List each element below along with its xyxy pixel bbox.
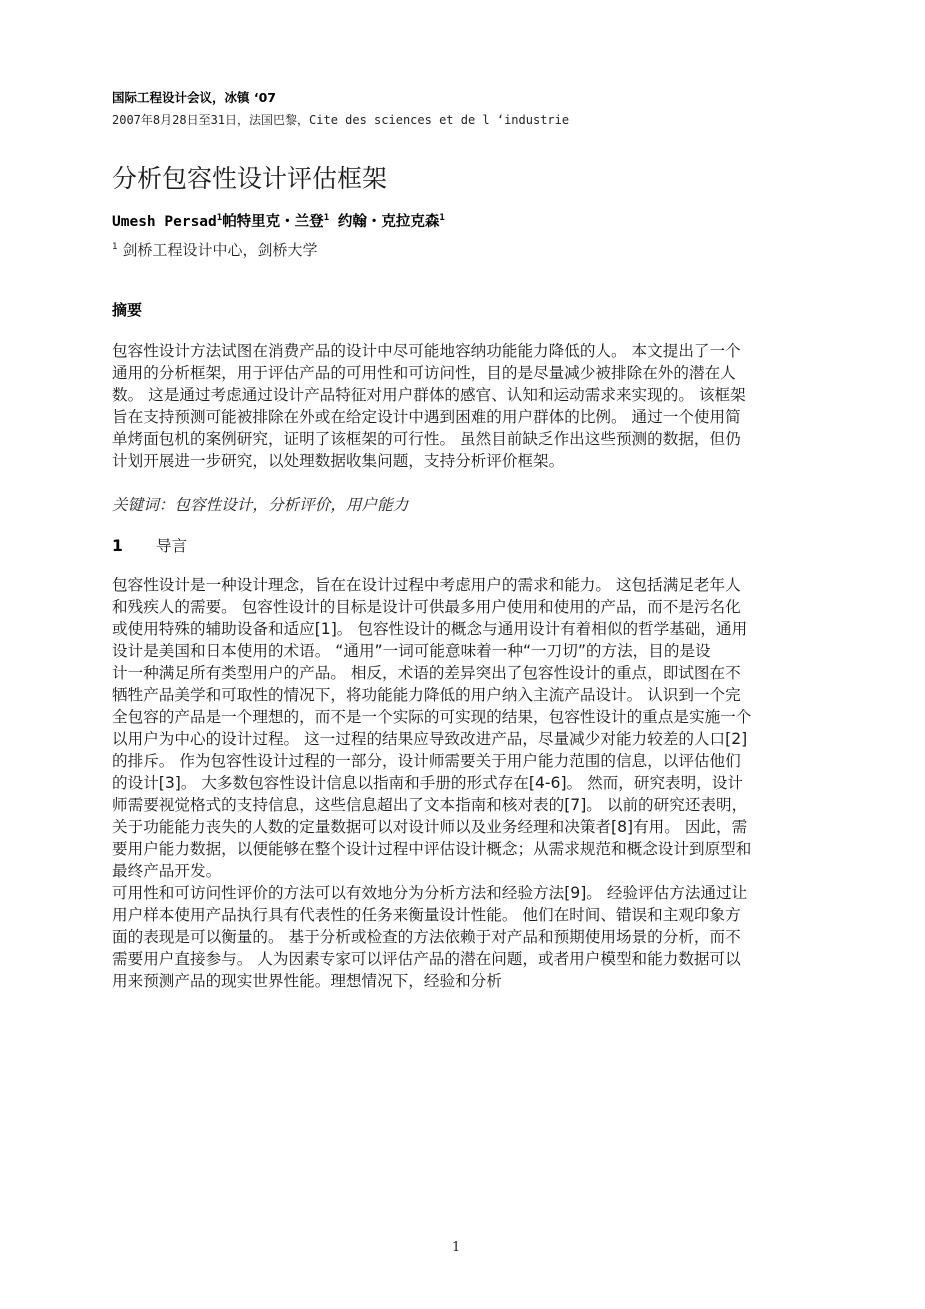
author-affiliation-marker: 1 xyxy=(439,213,444,223)
page-number: 1 xyxy=(452,1240,460,1256)
text-line: 可用性和可访问性评价的方法可以有效地分为分析方法和经验方法[9]。 经验评估方法… xyxy=(112,882,820,904)
conference-title: 国际工程设计会议，冰镇 ‘07 xyxy=(112,90,276,106)
text-line: 计划开展进一步研究，以处理数据收集问题，支持分析评价框架。 xyxy=(112,450,820,472)
text-line: 的排斥。 作为包容性设计过程的一部分，设计师需要关于用户能力范围的信息，以评估他… xyxy=(112,750,820,772)
text-line: 包容性设计方法试图在消费产品的设计中尽可能地容纳功能能力降低的人。 本文提出了一… xyxy=(112,340,820,362)
text-line: 用户样本使用产品执行具有代表性的任务来衡量设计性能。 他们在时间、错误和主观印象… xyxy=(112,904,820,926)
affiliation: 1 剑桥工程设计中心，剑桥大学 xyxy=(112,240,318,260)
author-name: Umesh Persad xyxy=(112,214,217,230)
text-line: 全包容的产品是一个理想的，而不是一个实际的可实现的结果，包容性设计的重点是实施一… xyxy=(112,706,820,728)
section-title: 导言 xyxy=(156,537,187,555)
text-line: 设计是美国和日本使用的术语。 “通用”一词可能意味着一种“一刀切”的方法，目的是… xyxy=(112,640,820,662)
text-line: 要用户能力数据，以便能够在整个设计过程中评估设计概念；从需求规范和概念设计到原型… xyxy=(112,838,820,860)
text-line: 用来预测产品的现实世界性能。理想情况下，经验和分析 xyxy=(112,970,820,992)
abstract-body: 包容性设计方法试图在消费产品的设计中尽可能地容纳功能能力降低的人。 本文提出了一… xyxy=(112,340,820,472)
text-line: 师需要视觉格式的支持信息，这些信息超出了文本指南和核对表的[7]。 以前的研究还… xyxy=(112,794,820,816)
text-line: 和残疾人的需要。 包容性设计的目标是设计可供最多用户使用和使用的产品，而不是污名… xyxy=(112,596,820,618)
text-line: 数。 这是通过考虑通过设计产品特征对用户群体的感官、认知和运动需求来实现的。 该… xyxy=(112,384,820,406)
text-line: 面的表现是可以衡量的。 基于分析或检查的方法依赖于对产品和预期使用场景的分析，而… xyxy=(112,926,820,948)
author-list: Umesh Persad1帕特里克・兰登1 约翰・克拉克森1 xyxy=(112,212,445,232)
section-heading-introduction: 1导言 xyxy=(112,535,187,557)
introduction-body: 包容性设计是一种设计理念，旨在在设计过程中考虑用户的需求和能力。 这包括满足老年… xyxy=(112,574,820,992)
text-line: 关于功能能力丧失的人数的定量数据可以对设计师以及业务经理和决策者[8]有用。 因… xyxy=(112,816,820,838)
text-line: 包容性设计是一种设计理念，旨在在设计过程中考虑用户的需求和能力。 这包括满足老年… xyxy=(112,574,820,596)
text-line: 或使用特殊的辅助设备和适应[1]。 包容性设计的概念与通用设计有着相似的哲学基础… xyxy=(112,618,820,640)
conference-date-location: 2007年8月28日至31日，法国巴黎，Cite des sciences et… xyxy=(112,112,569,128)
author-name: 帕特里克・兰登 xyxy=(222,214,324,230)
abstract-heading: 摘要 xyxy=(112,300,142,320)
text-line: 最终产品开发。 xyxy=(112,860,820,882)
paper-title: 分析包容性设计评估框架 xyxy=(112,163,387,195)
text-line: 牺牲产品美学和可取性的情况下，将功能能力降低的用户纳入主流产品设计。 认识到一个… xyxy=(112,684,820,706)
section-number: 1 xyxy=(112,535,156,557)
text-line: 以用户为中心的设计过程。 这一过程的结果应导致改进产品，尽量减少对能力较差的人口… xyxy=(112,728,820,750)
text-line: 旨在支持预测可能被排除在外或在给定设计中遇到困难的用户群体的比例。 通过一个使用… xyxy=(112,406,820,428)
text-line: 计一种满足所有类型用户的产品。 相反，术语的差异突出了包容性设计的重点，即试图在… xyxy=(112,662,820,684)
text-line: 的设计[3]。 大多数包容性设计信息以指南和手册的形式存在[4-6]。 然而，研… xyxy=(112,772,820,794)
text-line: 单烤面包机的案例研究，证明了该框架的可行性。 虽然目前缺乏作出这些预测的数据，但… xyxy=(112,428,820,450)
affiliation-text: 剑桥工程设计中心，剑桥大学 xyxy=(118,241,318,259)
text-line: 需要用户直接参与。 人为因素专家可以评估产品的潜在问题，或者用户模型和能力数据可… xyxy=(112,948,820,970)
keywords: 关键词：包容性设计，分析评价，用户能力 xyxy=(112,494,408,516)
author-name: 约翰・克拉克森 xyxy=(329,214,439,230)
text-line: 通用的分析框架，用于评估产品的可用性和可访问性，目的是尽量减少被排除在外的潜在人 xyxy=(112,362,820,384)
